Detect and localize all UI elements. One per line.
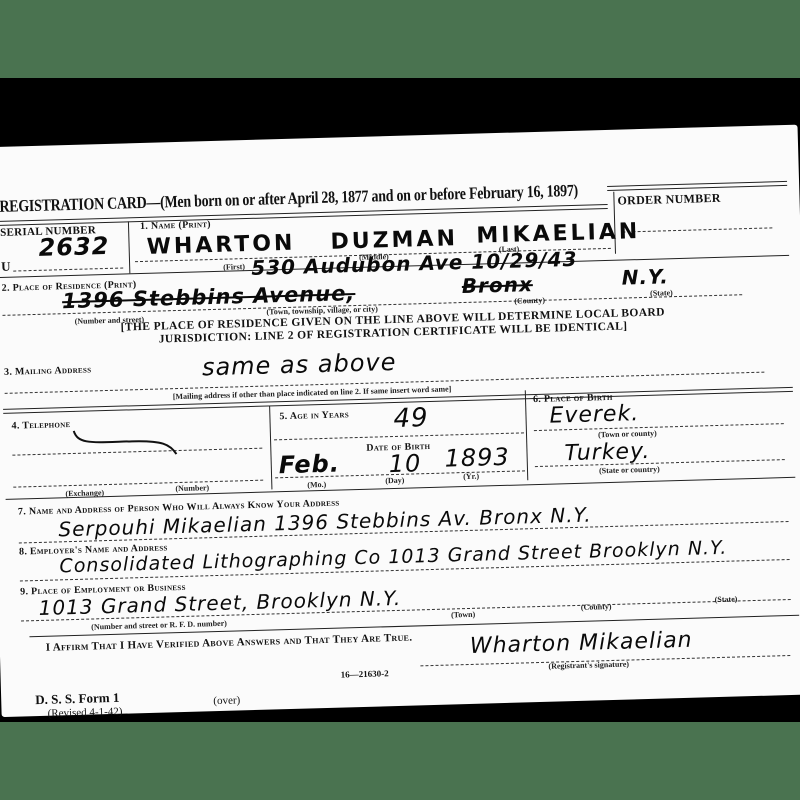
- employment-state-caption: (State): [715, 594, 738, 604]
- birth-town-caption: (Town or county): [598, 429, 657, 440]
- birth-country-value: Turkey.: [564, 439, 650, 466]
- birth-day-caption: (Day): [385, 476, 404, 486]
- employment-county-caption: (County): [581, 602, 612, 612]
- age-label: 5. Age in Years: [279, 409, 349, 422]
- mailing-address-value: same as above: [202, 348, 397, 381]
- birth-month-caption: (Mo.): [307, 480, 326, 490]
- telephone-line-2: [13, 480, 263, 488]
- residence-town-value: Bronx: [462, 272, 534, 298]
- residence-state-caption: (State): [650, 288, 673, 298]
- title-rule-right: [607, 181, 787, 191]
- age-value: 49: [393, 403, 429, 434]
- name-label: 1. Name (Print): [140, 219, 211, 232]
- residence-county-caption: (County): [514, 296, 545, 306]
- form-revision: (Revised 4-1-42): [47, 706, 122, 720]
- order-number-line: [622, 227, 772, 232]
- over-note: (over): [213, 694, 240, 707]
- signature-caption: (Registrant's signature): [548, 660, 629, 671]
- print-code: 16—21630-2: [341, 668, 389, 679]
- order-number-label: ORDER NUMBER: [617, 191, 721, 209]
- scan-background: REGISTRATION CARD—(Men born on or after …: [0, 78, 800, 722]
- birth-country-caption: (State or country): [599, 465, 660, 476]
- serial-number-value: 2632: [38, 232, 110, 262]
- employment-town-caption: (Town): [451, 610, 475, 620]
- birth-year-value: 1893: [444, 443, 510, 473]
- telephone-dash-mark: [72, 426, 183, 461]
- mailing-address-label: 3. Mailing Address: [4, 364, 92, 377]
- serial-divider: [128, 221, 130, 273]
- telephone-age-divider: [269, 405, 272, 489]
- birth-year-caption: (Yr.): [463, 472, 479, 481]
- residence-state-value: N.Y.: [621, 264, 669, 289]
- employment-street-caption: (Number and street or R. F. D. number): [91, 619, 227, 632]
- registration-card: REGISTRATION CARD—(Men born on or after …: [0, 125, 800, 717]
- telephone-number-caption: (Number): [175, 483, 209, 493]
- telephone-label: 4. Telephone: [11, 419, 70, 432]
- birth-town-value: Everek.: [549, 401, 639, 428]
- serial-prefix: U: [1, 259, 11, 275]
- serial-line: [13, 267, 123, 271]
- registrant-signature: Wharton Mikaelian: [470, 628, 693, 659]
- age-birthplace-divider: [525, 390, 529, 480]
